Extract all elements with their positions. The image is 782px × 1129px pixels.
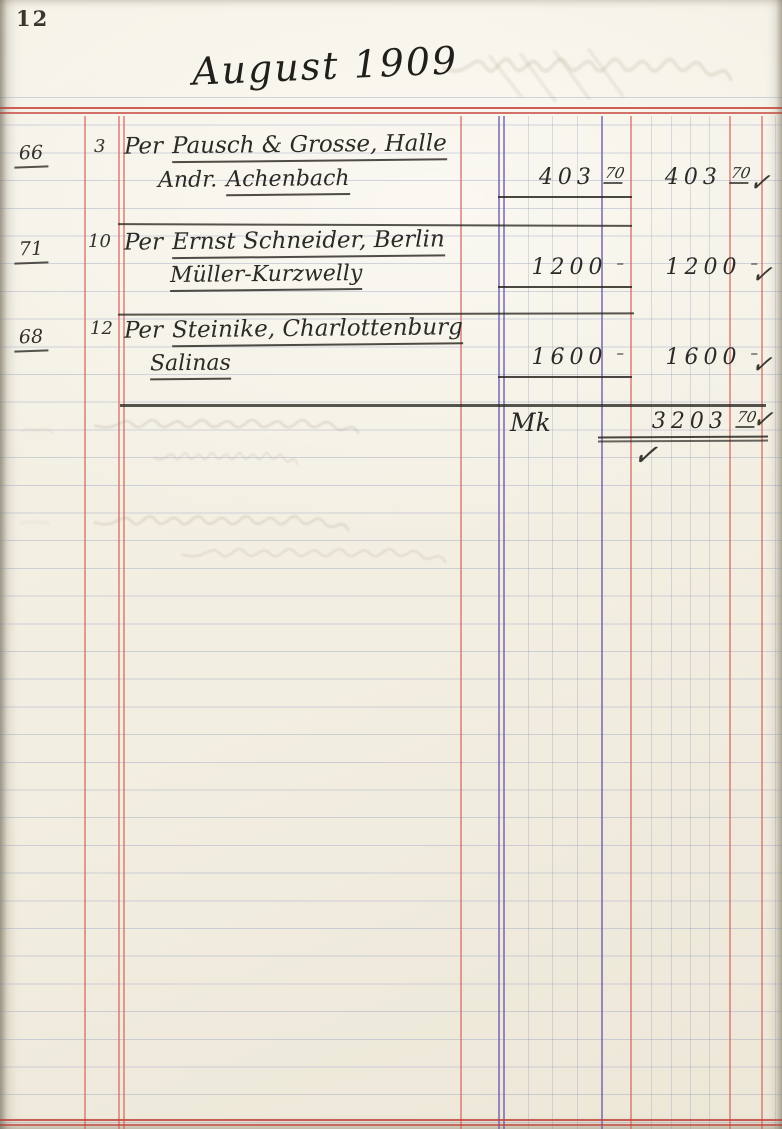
entry-detail-name: Achenbach	[226, 166, 350, 196]
bleed-through-ghost	[150, 448, 300, 472]
bleed-through-ghost	[88, 414, 363, 442]
ruling-vertical-red-line	[118, 116, 120, 1129]
ruling-vertical-red-line	[123, 116, 125, 1129]
bleed-through-ghost	[88, 510, 353, 540]
entry-description: PerPausch & Grosse, Halle	[124, 130, 447, 159]
ruling-vertical-red-line	[84, 116, 86, 1129]
page-right-edge	[776, 0, 782, 1129]
entry-detail-prefix: Andr.	[158, 167, 217, 193]
amount-underline	[498, 286, 632, 288]
total-currency: Mk	[510, 408, 551, 437]
entry-ledger-number: 71	[14, 237, 49, 264]
entry-prefix: Per	[124, 317, 163, 343]
total-rule-line	[120, 404, 766, 407]
entry-amount-col2: 1200–	[642, 255, 758, 280]
amount-underline	[498, 196, 632, 198]
entry-day: 10	[88, 231, 111, 252]
entry-detail: Müller-Kurzwelly	[170, 261, 363, 288]
entry-detail-name: Salinas	[150, 351, 231, 381]
bleed-through-ghost	[470, 38, 640, 108]
entry-description: PerErnst Schneider, Berlin	[124, 226, 445, 255]
entry-prefix: Per	[124, 229, 163, 255]
entry-amount-col2: 40370	[642, 165, 750, 190]
amount-underline	[498, 376, 632, 378]
entry-amount-col1: 1200–	[500, 255, 624, 280]
entry-party: Pausch & Grosse, Halle	[172, 130, 447, 163]
entry-ledger-number: 68	[14, 325, 49, 352]
ruling-vertical-red-line	[630, 116, 632, 1129]
entry-amount-col1: 1600–	[500, 345, 624, 370]
entry-ledger-number: 66	[14, 141, 49, 168]
ledger-page: 12 August 1909 66 3 PerPausch & Grosse, …	[0, 0, 782, 1129]
bleed-through-ghost	[20, 516, 50, 530]
entry-amount-col1: 40370	[500, 165, 624, 190]
entry-party: Steinike, Charlottenburg	[172, 314, 463, 347]
page-title: August 1909	[191, 38, 459, 94]
total-amount: 320370	[636, 409, 756, 434]
page-left-edge	[0, 0, 7, 1129]
bleed-through-ghost	[20, 424, 54, 438]
ruling-vertical-red-line	[460, 116, 462, 1129]
entry-description: PerSteinike, Charlottenburg	[124, 314, 463, 344]
entry-prefix: Per	[124, 133, 163, 159]
page-number: 12	[16, 6, 49, 31]
entry-detail-name: Müller-Kurzwelly	[170, 261, 363, 292]
entry-party: Ernst Schneider, Berlin	[172, 226, 445, 259]
entry-detail: Salinas	[150, 351, 231, 377]
entry-day: 3	[94, 136, 105, 157]
bottom-red-double-rule	[0, 1119, 782, 1126]
top-red-double-rule	[0, 107, 782, 114]
entry-detail: Andr.Achenbach	[158, 166, 350, 193]
total-double-underline	[598, 436, 768, 443]
entry-day: 12	[90, 318, 113, 339]
entry-amount-col2: 1600–	[642, 345, 758, 370]
bleed-through-ghost	[175, 543, 450, 571]
